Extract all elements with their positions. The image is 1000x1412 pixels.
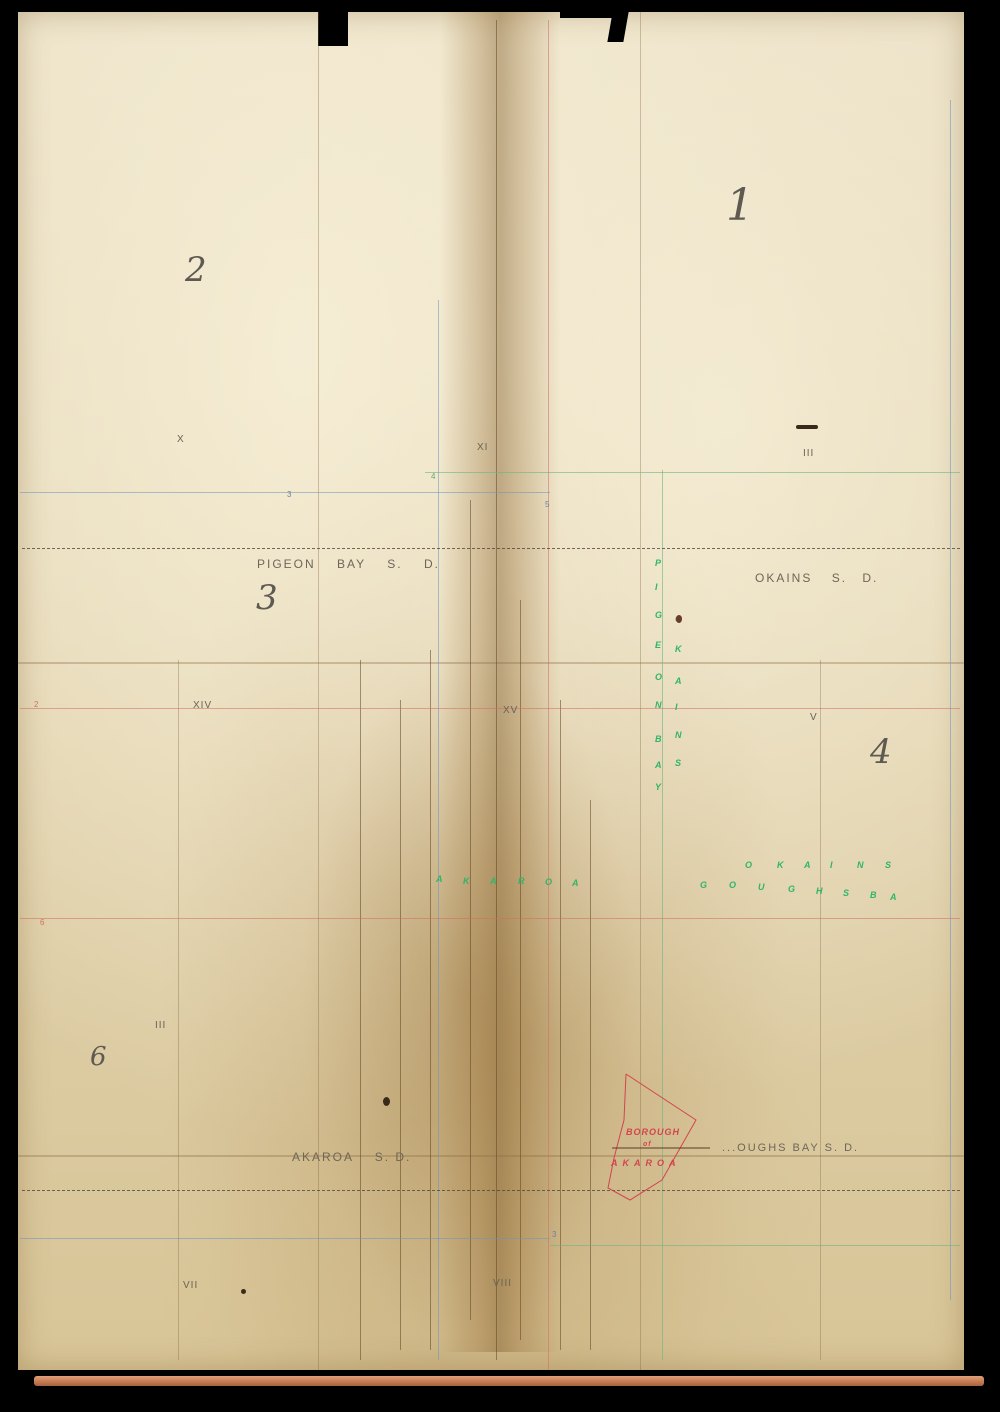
block-viii: VIII: [493, 1278, 512, 1289]
okains-text: OKAINS: [755, 571, 812, 585]
green-letter: I: [830, 860, 833, 870]
ink-blot: [676, 615, 682, 623]
green-letter: I: [655, 582, 658, 592]
grid-line: [438, 300, 439, 1360]
green-letter: O: [655, 672, 662, 682]
akaroa-text: AKAROA: [292, 1150, 353, 1164]
fold-line: [318, 12, 319, 1370]
block-iii-top: III: [803, 448, 814, 459]
grid-line: [20, 1238, 550, 1239]
block-iii-bottom: III: [155, 1020, 166, 1031]
green-letter: K: [777, 860, 784, 870]
wooden-roller: [34, 1376, 984, 1386]
grid-line: [950, 100, 951, 1300]
crack: [470, 500, 471, 1320]
fold-line: [18, 1155, 964, 1157]
crack: [400, 700, 401, 1350]
ink-blot: [796, 425, 818, 429]
green-letter: I: [675, 702, 678, 712]
edge-number-red: 6: [40, 918, 44, 927]
fold-line: [178, 660, 179, 1360]
sd-text: S. D.: [375, 1150, 412, 1164]
s-text: S.: [387, 557, 402, 571]
survey-district-boundary: [22, 1190, 960, 1191]
green-letter: Y: [655, 782, 661, 792]
sheet-number-2: 2: [185, 250, 207, 290]
ink-blot: [383, 1097, 390, 1106]
torn-edge: [318, 12, 348, 46]
block-x: X: [177, 434, 185, 445]
green-letter: N: [675, 730, 682, 740]
green-letter: B: [870, 890, 877, 900]
green-letter: A: [675, 676, 682, 686]
green-letter: O: [729, 880, 736, 890]
d-text: D.: [862, 571, 878, 585]
green-letter: G: [655, 610, 662, 620]
green-letter: A: [890, 892, 897, 902]
green-letter: S: [675, 758, 681, 768]
edge-number-red: 2: [34, 700, 38, 709]
green-letter: S: [885, 860, 891, 870]
fold-line: [820, 660, 821, 1360]
survey-district-boundary: [22, 548, 960, 549]
block-vii: VII: [183, 1280, 198, 1291]
fold-line: [18, 662, 964, 664]
borough-label-line1: BOROUGH: [626, 1127, 680, 1137]
grid-line: [20, 918, 960, 919]
torn-edge: [560, 12, 615, 18]
ink-blot: [241, 1289, 246, 1294]
green-letter: G: [788, 884, 795, 894]
edge-number-blue: 3: [552, 1230, 556, 1239]
borough-label-line2: of: [643, 1141, 652, 1148]
sheet-number-6: 6: [90, 1042, 107, 1072]
green-letter: H: [816, 886, 823, 896]
block-xiv: XIV: [193, 700, 212, 711]
pigeon-bay-sd-label: PIGEON BAY S. D.: [257, 557, 440, 571]
green-letter: A: [490, 876, 497, 886]
goughs-bay-sd-label: ...OUGHS BAY S. D.: [722, 1142, 859, 1154]
green-letter: N: [857, 860, 864, 870]
green-letter: A: [655, 760, 662, 770]
crack: [496, 20, 497, 1360]
green-letter: K: [675, 644, 682, 654]
sheet-number-1: 1: [726, 180, 754, 231]
block-v: V: [810, 712, 818, 723]
bay-text: BAY: [337, 557, 366, 571]
sheet-number-4: 4: [870, 732, 892, 772]
pigeon-text: PIGEON: [257, 557, 316, 571]
grid-line: [550, 1245, 960, 1246]
crack: [360, 660, 361, 1360]
edge-number-blue: 3: [287, 490, 291, 499]
edge-number-green: 4: [431, 472, 435, 481]
grid-line: [20, 492, 550, 493]
block-xv: XV: [503, 705, 518, 716]
crack: [430, 650, 431, 1350]
s-text: S.: [832, 571, 847, 585]
green-letter: R: [518, 876, 525, 886]
green-letter: A: [436, 874, 443, 884]
green-letter: E: [655, 640, 661, 650]
crack: [520, 600, 521, 1340]
akaroa-sd-label: AKAROA S. D.: [292, 1150, 411, 1164]
grid-line: [20, 708, 960, 709]
green-letter: A: [804, 860, 811, 870]
grid-line: [425, 472, 960, 473]
green-letter: P: [655, 558, 661, 568]
green-letter: O: [545, 877, 552, 887]
green-letter: G: [700, 880, 707, 890]
d-text: D.: [424, 557, 440, 571]
edge-number-blue: 5: [545, 500, 549, 509]
grid-line: [548, 20, 549, 1370]
crack: [590, 800, 591, 1350]
grid-line: [662, 470, 663, 1360]
crack: [560, 700, 561, 1350]
green-letter: K: [463, 876, 470, 886]
sheet-number-3: 3: [256, 578, 278, 618]
okains-sd-label: OKAINS S. D.: [755, 571, 878, 585]
green-letter: O: [745, 860, 752, 870]
block-xi: XI: [477, 442, 488, 453]
green-letter: S: [843, 888, 849, 898]
green-letter: A: [572, 878, 579, 888]
green-letter: B: [655, 734, 662, 744]
borough-label-line3: AKAROA: [611, 1158, 681, 1168]
green-letter: N: [655, 700, 662, 710]
green-letter: U: [758, 882, 765, 892]
